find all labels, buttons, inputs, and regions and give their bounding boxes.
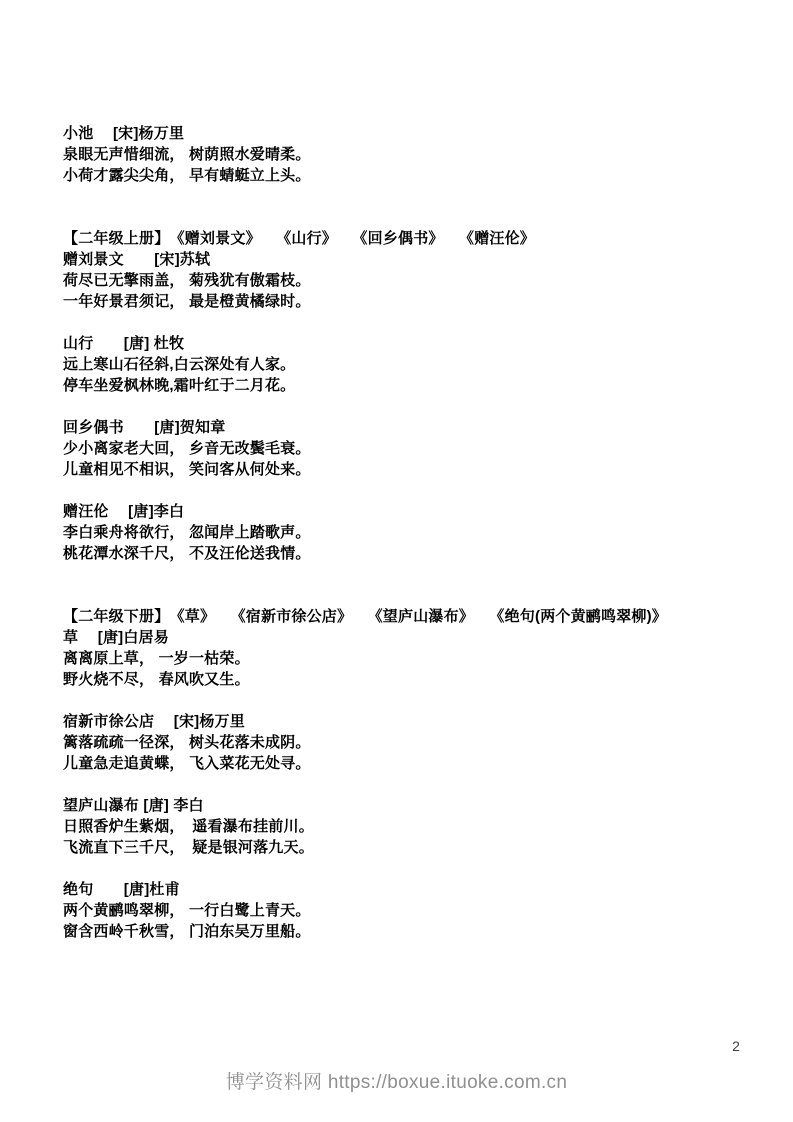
document-page: 小池 [宋]杨万里泉眼无声惜细流， 树荫照水爱晴柔。小荷才露尖尖角， 早有蜻蜓立… <box>0 0 793 1122</box>
section-header-text: 【二年级上册】 《赠刘景文》 《山行》 《回乡偶书》 《赠汪伦》 <box>63 228 773 249</box>
poem-line: 少小离家老大回， 乡音无改鬓毛衰。 <box>63 438 773 459</box>
poem-block: 宿新市徐公店 [宋]杨万里篱落疏疏一径深， 树头花落未成阴。儿童急走追黄蝶， 飞… <box>63 711 773 774</box>
poem-block: 赠汪伦 [唐]李白李白乘舟将欲行， 忽闻岸上踏歌声。桃花潭水深千尺， 不及汪伦送… <box>63 501 773 564</box>
poem-line: 小荷才露尖尖角， 早有蜻蜓立上头。 <box>63 165 773 186</box>
poem-line: 荷尽已无擎雨盖， 菊残犹有傲霜枝。 <box>63 270 773 291</box>
poem-block: 赠刘景文 [宋]苏轼荷尽已无擎雨盖， 菊残犹有傲霜枝。一年好景君须记， 最是橙黄… <box>63 249 773 312</box>
footer-credit: 博学资料网 https://boxue.ituoke.com.cn <box>0 1067 793 1094</box>
poem-block: 绝句 [唐]杜甫两个黄鹂鸣翠柳， 一行白鹭上青天。窗含西岭千秋雪， 门泊东吴万里… <box>63 879 773 942</box>
poem-block: 小池 [宋]杨万里泉眼无声惜细流， 树荫照水爱晴柔。小荷才露尖尖角， 早有蜻蜓立… <box>63 123 773 186</box>
poem-line: 日照香炉生紫烟， 遥看瀑布挂前川。 <box>63 816 773 837</box>
document-body: 小池 [宋]杨万里泉眼无声惜细流， 树荫照水爱晴柔。小荷才露尖尖角， 早有蜻蜓立… <box>63 123 773 942</box>
poem-title: 宿新市徐公店 [宋]杨万里 <box>63 711 773 732</box>
poem-line: 儿童相见不相识， 笑问客从何处来。 <box>63 459 773 480</box>
poem-line: 飞流直下三千尺， 疑是银河落九天。 <box>63 837 773 858</box>
poem-line: 窗含西岭千秋雪， 门泊东吴万里船。 <box>63 921 773 942</box>
poem-block: 回乡偶书 [唐]贺知章少小离家老大回， 乡音无改鬓毛衰。儿童相见不相识， 笑问客… <box>63 417 773 480</box>
poem-line: 桃花潭水深千尺， 不及汪伦送我情。 <box>63 543 773 564</box>
poem-line: 离离原上草， 一岁一枯荣。 <box>63 648 773 669</box>
poem-line: 泉眼无声惜细流， 树荫照水爱晴柔。 <box>63 144 773 165</box>
section-header: 【二年级上册】 《赠刘景文》 《山行》 《回乡偶书》 《赠汪伦》 <box>63 228 773 249</box>
section-header-text: 【二年级下册】 《草》 《宿新市徐公店》 《望庐山瀑布》 《绝句(两个黄鹂鸣翠柳… <box>63 606 773 627</box>
page-number: 2 <box>724 1038 748 1054</box>
poem-line: 篱落疏疏一径深， 树头花落未成阴。 <box>63 732 773 753</box>
poem-title: 望庐山瀑布 [唐] 李白 <box>63 795 773 816</box>
poem-line: 儿童急走追黄蝶， 飞入菜花无处寻。 <box>63 753 773 774</box>
poem-title: 小池 [宋]杨万里 <box>63 123 773 144</box>
poem-line: 野火烧不尽， 春风吹又生。 <box>63 669 773 690</box>
poem-title: 赠刘景文 [宋]苏轼 <box>63 249 773 270</box>
poem-line: 一年好景君须记， 最是橙黄橘绿时。 <box>63 291 773 312</box>
poem-title: 赠汪伦 [唐]李白 <box>63 501 773 522</box>
poem-block: 山行 [唐] 杜牧远上寒山石径斜,白云深处有人家。停车坐爱枫林晚,霜叶红于二月花… <box>63 333 773 396</box>
poem-line: 远上寒山石径斜,白云深处有人家。 <box>63 354 773 375</box>
poem-line: 李白乘舟将欲行， 忽闻岸上踏歌声。 <box>63 522 773 543</box>
poem-title: 草 [唐]白居易 <box>63 627 773 648</box>
section-header: 【二年级下册】 《草》 《宿新市徐公店》 《望庐山瀑布》 《绝句(两个黄鹂鸣翠柳… <box>63 606 773 627</box>
poem-title: 回乡偶书 [唐]贺知章 <box>63 417 773 438</box>
poem-block: 望庐山瀑布 [唐] 李白日照香炉生紫烟， 遥看瀑布挂前川。飞流直下三千尺， 疑是… <box>63 795 773 858</box>
poem-line: 停车坐爱枫林晚,霜叶红于二月花。 <box>63 375 773 396</box>
poem-block: 草 [唐]白居易离离原上草， 一岁一枯荣。野火烧不尽， 春风吹又生。 <box>63 627 773 690</box>
poem-title: 绝句 [唐]杜甫 <box>63 879 773 900</box>
poem-title: 山行 [唐] 杜牧 <box>63 333 773 354</box>
poem-line: 两个黄鹂鸣翠柳， 一行白鹭上青天。 <box>63 900 773 921</box>
